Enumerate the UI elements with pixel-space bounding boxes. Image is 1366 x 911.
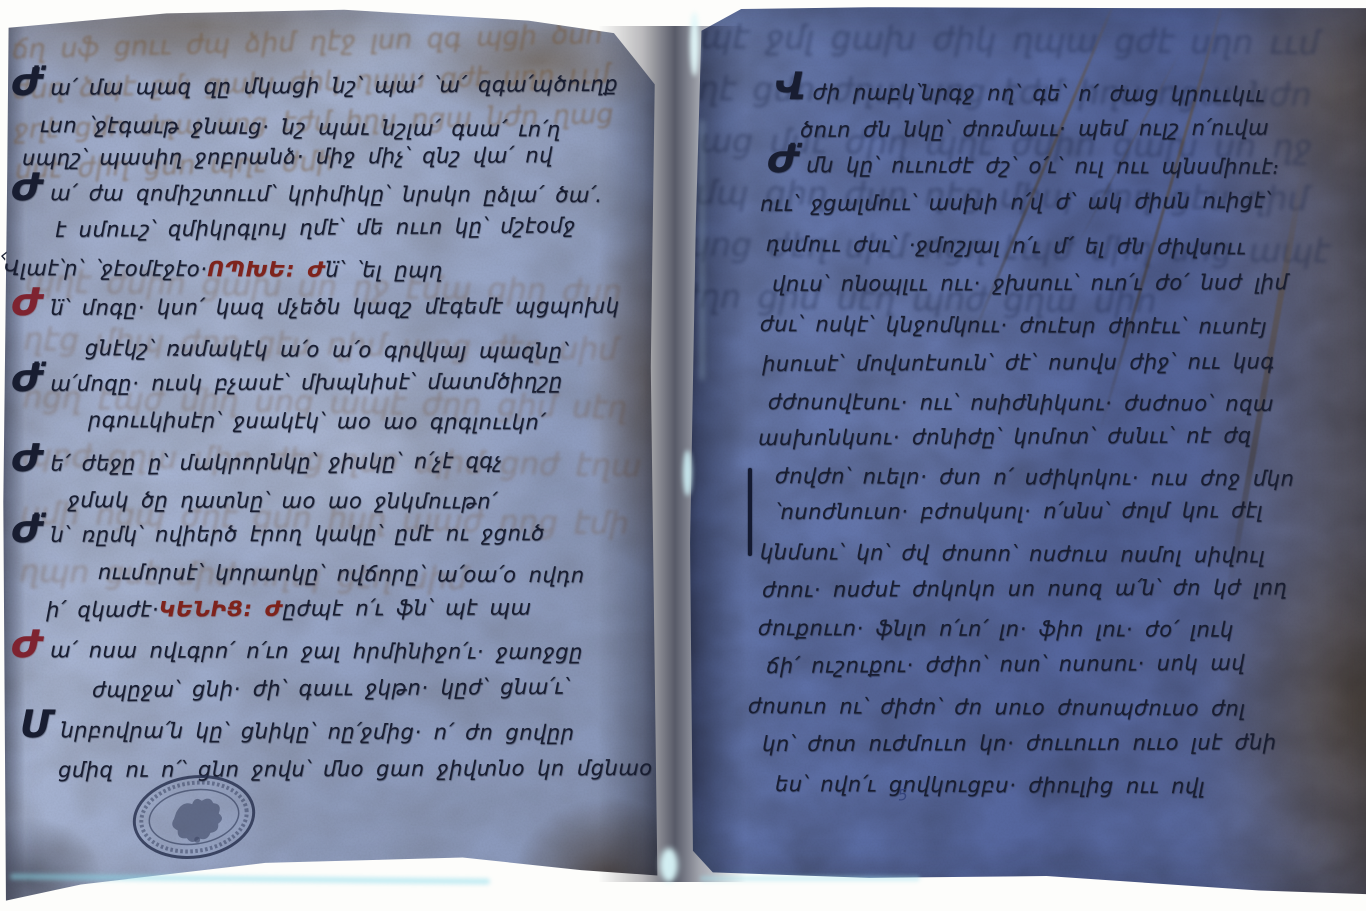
parchment-crease	[1098, 0, 1228, 433]
gutter-light-leak	[660, 848, 678, 882]
palimpsest-undertext: պղէ ժմիո ցախ սո ղջ էմպ ցիղ ժսո ղէց միպ ժ…	[15, 253, 655, 864]
parchment-crease	[1225, 169, 1306, 594]
right-page: ձպէ ջմլ ցախ ժիկ ղպա ցժէ սղո ււմ ջղէ ցմո …	[656, 0, 1366, 905]
parchment-texture-grain	[2, 8, 660, 906]
paragraph-initial-bar	[748, 468, 752, 556]
parchment-texture-blotch	[656, 0, 1366, 905]
left-page: ճղ սֆ ցոււ ժպ ձիմ ղէջ լսո զգ պցի ծմո ժսղ…	[2, 8, 660, 906]
manuscript-photo: ճղ սֆ ցոււ ժպ ձիմ ղէջ լսո զգ պցի ծմո ժսղ…	[0, 0, 1366, 911]
margin-mark: ‹	[0, 243, 8, 267]
oval-library-stamp	[122, 761, 266, 872]
gutter-light-leak	[683, 450, 692, 496]
parchment-crease	[970, 0, 1121, 340]
parchment-crease	[1077, 50, 1182, 245]
gutter-light-leak	[690, 12, 699, 76]
palimpsest-undertext: ճղ սֆ ցոււ ժպ ձիմ ղէջ լսո զգ պցի ծմո ժսղ…	[11, 14, 653, 251]
palimpsest-undertext: ձպէ ջմլ ցախ ժիկ ղպա ցժէ սղո ււմ ջղէ ցմո …	[672, 11, 1341, 868]
parchment-texture-grain	[656, 0, 1366, 905]
parchment-texture-blotch	[2, 8, 660, 906]
